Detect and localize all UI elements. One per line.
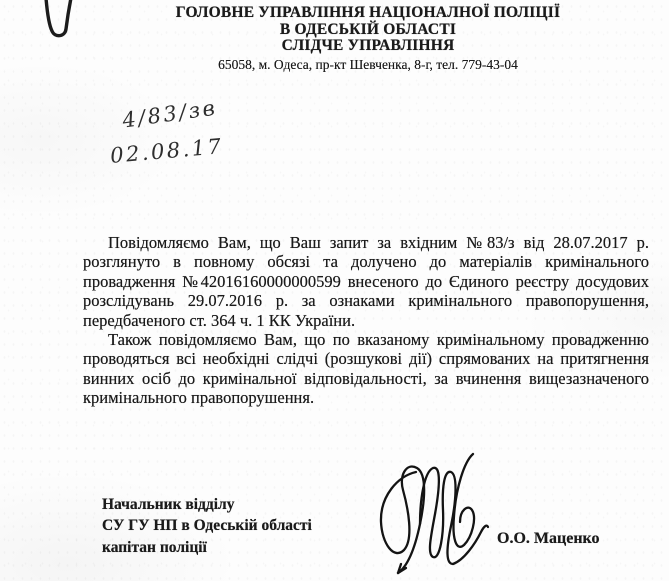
org-name-line3: СЛІДЧЕ УПРАВЛІННЯ (68, 38, 668, 55)
handwritten-reference-number: 4/83/зв (121, 95, 219, 132)
paragraph1-line: розглянуто в повному обсязі та долучено … (83, 252, 649, 271)
letterhead: ГОЛОВНЕ УПРАВЛІННЯ НАЦІОНАЛНОЇ ПОЛІЦІЇ В… (68, 5, 668, 73)
signer-title-line1: Начальник відділу (102, 494, 312, 515)
org-address: 65058, м. Одеса, пр-кт Шевченка, 8-г, те… (68, 57, 668, 74)
paragraph2-line: Також повідомляємо Вам, що по вказаному … (83, 330, 649, 349)
paragraph2-line: проводяться всі необхідні слідчі (розшук… (83, 349, 649, 368)
signer-title-line3: капітан поліції (102, 537, 312, 558)
handwritten-date: 02.08.17 (109, 134, 224, 168)
paragraph1-line: провадження №42016160000000599 внесеного… (83, 272, 649, 291)
signature-scribble (368, 442, 492, 581)
signer-title-line2: СУ ГУ НП в Одеській області (102, 515, 312, 536)
paragraph1-line: Повідомляємо Вам, що Ваш запит за вхідни… (83, 233, 649, 252)
org-name-line2: В ОДЕСЬКІЙ ОБЛАСТІ (68, 22, 668, 39)
paragraph2-line: кримінального правопорушення. (83, 388, 649, 407)
paragraph1-line: розслідувань 29.07.2016 р. за ознаками к… (83, 291, 649, 310)
org-name-line1: ГОЛОВНЕ УПРАВЛІННЯ НАЦІОНАЛНОЇ ПОЛІЦІЇ (68, 5, 668, 22)
paragraph1-line: передбаченого ст. 364 ч. 1 КК України. (83, 311, 649, 330)
letter-body: Повідомляємо Вам, що Ваш запит за вхідни… (83, 233, 649, 408)
signer-title-block: Начальник відділу СУ ГУ НП в Одеській об… (102, 494, 312, 558)
scanned-letter-page: ГОЛОВНЕ УПРАВЛІННЯ НАЦІОНАЛНОЇ ПОЛІЦІЇ В… (0, 0, 669, 581)
paragraph2-line: винних осіб до кримінальної відповідальн… (83, 369, 649, 388)
signer-name: О.О. Маценко (497, 530, 600, 548)
